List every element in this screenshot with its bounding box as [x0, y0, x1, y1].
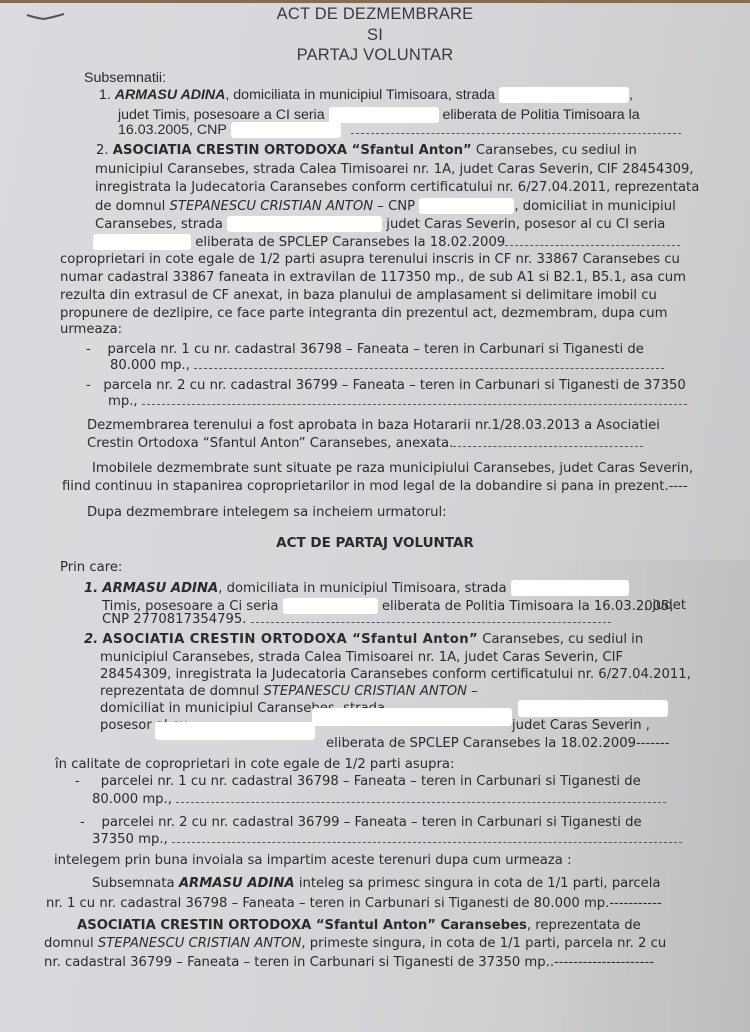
s2-party2-line1: 2. ASOCIATIA CRESTIN ORTODOXA “Sfantul A… — [84, 632, 643, 648]
party2-line4: de domnul STEPANESCU CRISTIAN ANTON – CN… — [95, 198, 676, 215]
s2-party2-judet: judet Caras Severin , — [512, 718, 650, 734]
party2-line1: 2. ASOCIATIA CRESTIN ORTODOXA “Sfantul A… — [96, 143, 637, 159]
subsemnatii-label: Subsemnatii: — [84, 70, 166, 86]
share2-rep-name: STEPANESCU CRISTIAN ANTON — [98, 936, 302, 951]
representative-name: STEPANESCU CRISTIAN ANTON — [170, 199, 374, 214]
s2-party1-line3: CNP 2770817354795. — [102, 612, 611, 628]
agreement-line: intelegem prin buna invoiala sa impartim… — [54, 853, 572, 869]
party1-line2: judet Timis, posesoare a CI seria eliber… — [118, 107, 640, 123]
capacity-line: în calitate de coproprietari in cote ega… — [55, 757, 454, 773]
s2-parcel2-line1: - parcelei nr. 2 cu nr. cadastral 36799 … — [80, 815, 642, 831]
s2-party2-line7: eliberata de SPCLEP Caransebes la 18.02.… — [326, 736, 669, 752]
share1-line2: nr. 1 cu nr. cadastral 36798 – Faneata –… — [46, 896, 662, 912]
filler-dashes — [172, 833, 682, 843]
body-line-4: propunere de dezlipire, ce face parte in… — [60, 306, 667, 322]
parcel1-line1: - parcela nr. 1 cu nr. cadastral 36798 –… — [86, 342, 644, 358]
filler-dashes — [351, 124, 681, 134]
s2-party2-line4: reprezentata de domnul STEPANESCU CRISTI… — [100, 684, 478, 700]
share2-name: ASOCIATIA CRESTIN ORTODOXA “Sfantul Anto… — [77, 918, 527, 933]
party2-line5: Caransebes, strada judet Caras Severin, … — [95, 216, 665, 233]
party2-name: ASOCIATIA CRESTIN ORTODOXA “Sfantul Anto… — [113, 143, 472, 158]
partaj-heading: ACT DE PARTAJ VOLUNTAR — [0, 535, 750, 551]
redacted-rep-street — [227, 216, 382, 232]
redacted-rep-street — [312, 708, 512, 726]
body-line-3: rezulta din extrasul de CF anexat, in ba… — [60, 288, 657, 304]
redacted-rep-cnp — [419, 198, 514, 214]
s2-parcel2-line2: 37350 mp., — [92, 832, 682, 848]
filler-dashes — [251, 613, 611, 623]
body-line-5: urmeaza: — [60, 322, 122, 338]
s2-parcel1-line1: - parcelei nr. 1 cu nr. cadastral 36798 … — [75, 774, 641, 790]
title-line-3: PARTAJ VOLUNTAR — [0, 46, 750, 65]
approval-line-2: Crestin Ortodoxa “Sfantul Anton” Caranse… — [87, 436, 643, 452]
redacted-street — [511, 580, 629, 596]
redacted-street — [499, 87, 629, 103]
parcel2-line1: - parcela nr. 2 cu nr. cadastral 36799 –… — [86, 378, 686, 394]
redacted-rep-ci — [93, 234, 191, 250]
s2-party2-line2: municipiul Caransebes, strada Calea Timi… — [100, 650, 623, 666]
title-line-1: ACT DE DEZMEMBRARE — [0, 5, 750, 24]
redacted-ci-series — [329, 107, 439, 123]
parcel1-line2: 80.000 mp., — [110, 358, 664, 374]
share2-line3: nr. cadastral 36799 – Faneata – teren in… — [44, 955, 654, 971]
party1-line1: 1. ARMASU ADINA, domiciliata in municipi… — [99, 87, 633, 103]
location-line-2: fiind continuu in stapanirea coproprieta… — [62, 479, 688, 495]
s2-party1-line1: 1. ARMASU ADINA, domiciliata in municipi… — [84, 580, 629, 597]
share1-name: ARMASU ADINA — [179, 876, 295, 891]
location-line-1: Imobilele dezmembrate sunt situate pe ra… — [92, 461, 693, 477]
approval-line-1: Dezmembrarea terenului a fost aprobata i… — [87, 418, 660, 434]
party1-name: ARMASU ADINA — [115, 87, 226, 103]
redacted-rep-ci — [155, 722, 315, 740]
party2-line6: eliberata de SPCLEP Caransebes la 18.02.… — [93, 234, 680, 251]
s2-party2-name: ASOCIATIA CRESTIN ORTODOXA “Sfantul Anto… — [102, 632, 478, 647]
party2-line2: municipiul Caransebes, strada Calea Timi… — [95, 162, 694, 178]
s2-representative-name: STEPANESCU CRISTIAN ANTON — [264, 684, 468, 699]
title-line-2: SI — [0, 26, 750, 45]
s2-party2-line3: 28454309, inregistrata la Judecatoria Ca… — [100, 667, 691, 683]
prin-care-label: Prin care: — [60, 560, 122, 576]
redacted-rep-cnp — [518, 700, 668, 717]
body-line-2: numar cadastral 33867 faneata in extravi… — [60, 270, 686, 286]
document-photo: ACT DE DEZMEMBRARE SI PARTAJ VOLUNTAR Su… — [0, 0, 750, 1032]
table-edge — [0, 0, 750, 3]
s2-party1-name: ARMASU ADINA — [102, 581, 218, 596]
filler-dashes — [453, 437, 643, 447]
filler-dashes — [142, 395, 687, 405]
party1-line3: 16.03.2005, CNP — [118, 122, 681, 138]
filler-dashes — [505, 236, 680, 246]
redacted-cnp — [231, 122, 341, 138]
share2-line2: domnul STEPANESCU CRISTIAN ANTON, primes… — [44, 936, 666, 952]
party2-line3: inregistrata la Judecatoria Caransebes c… — [95, 180, 699, 196]
filler-dashes — [176, 793, 666, 803]
share1-line1: Subsemnata ARMASU ADINA inteleg sa prime… — [92, 876, 661, 892]
closing-line: Dupa dezmembrare intelegem sa incheiem u… — [87, 505, 447, 521]
body-line-1: coproprietari in cote egale de 1/2 parti… — [60, 252, 680, 268]
parcel2-line2: mp., — [108, 394, 687, 410]
s2-parcel1-line2: 80.000 mp., — [92, 792, 666, 808]
s2-party1-judet: , judet — [644, 598, 686, 614]
share2-line1: ASOCIATIA CRESTIN ORTODOXA “Sfantul Anto… — [77, 918, 641, 934]
filler-dashes — [194, 359, 664, 369]
